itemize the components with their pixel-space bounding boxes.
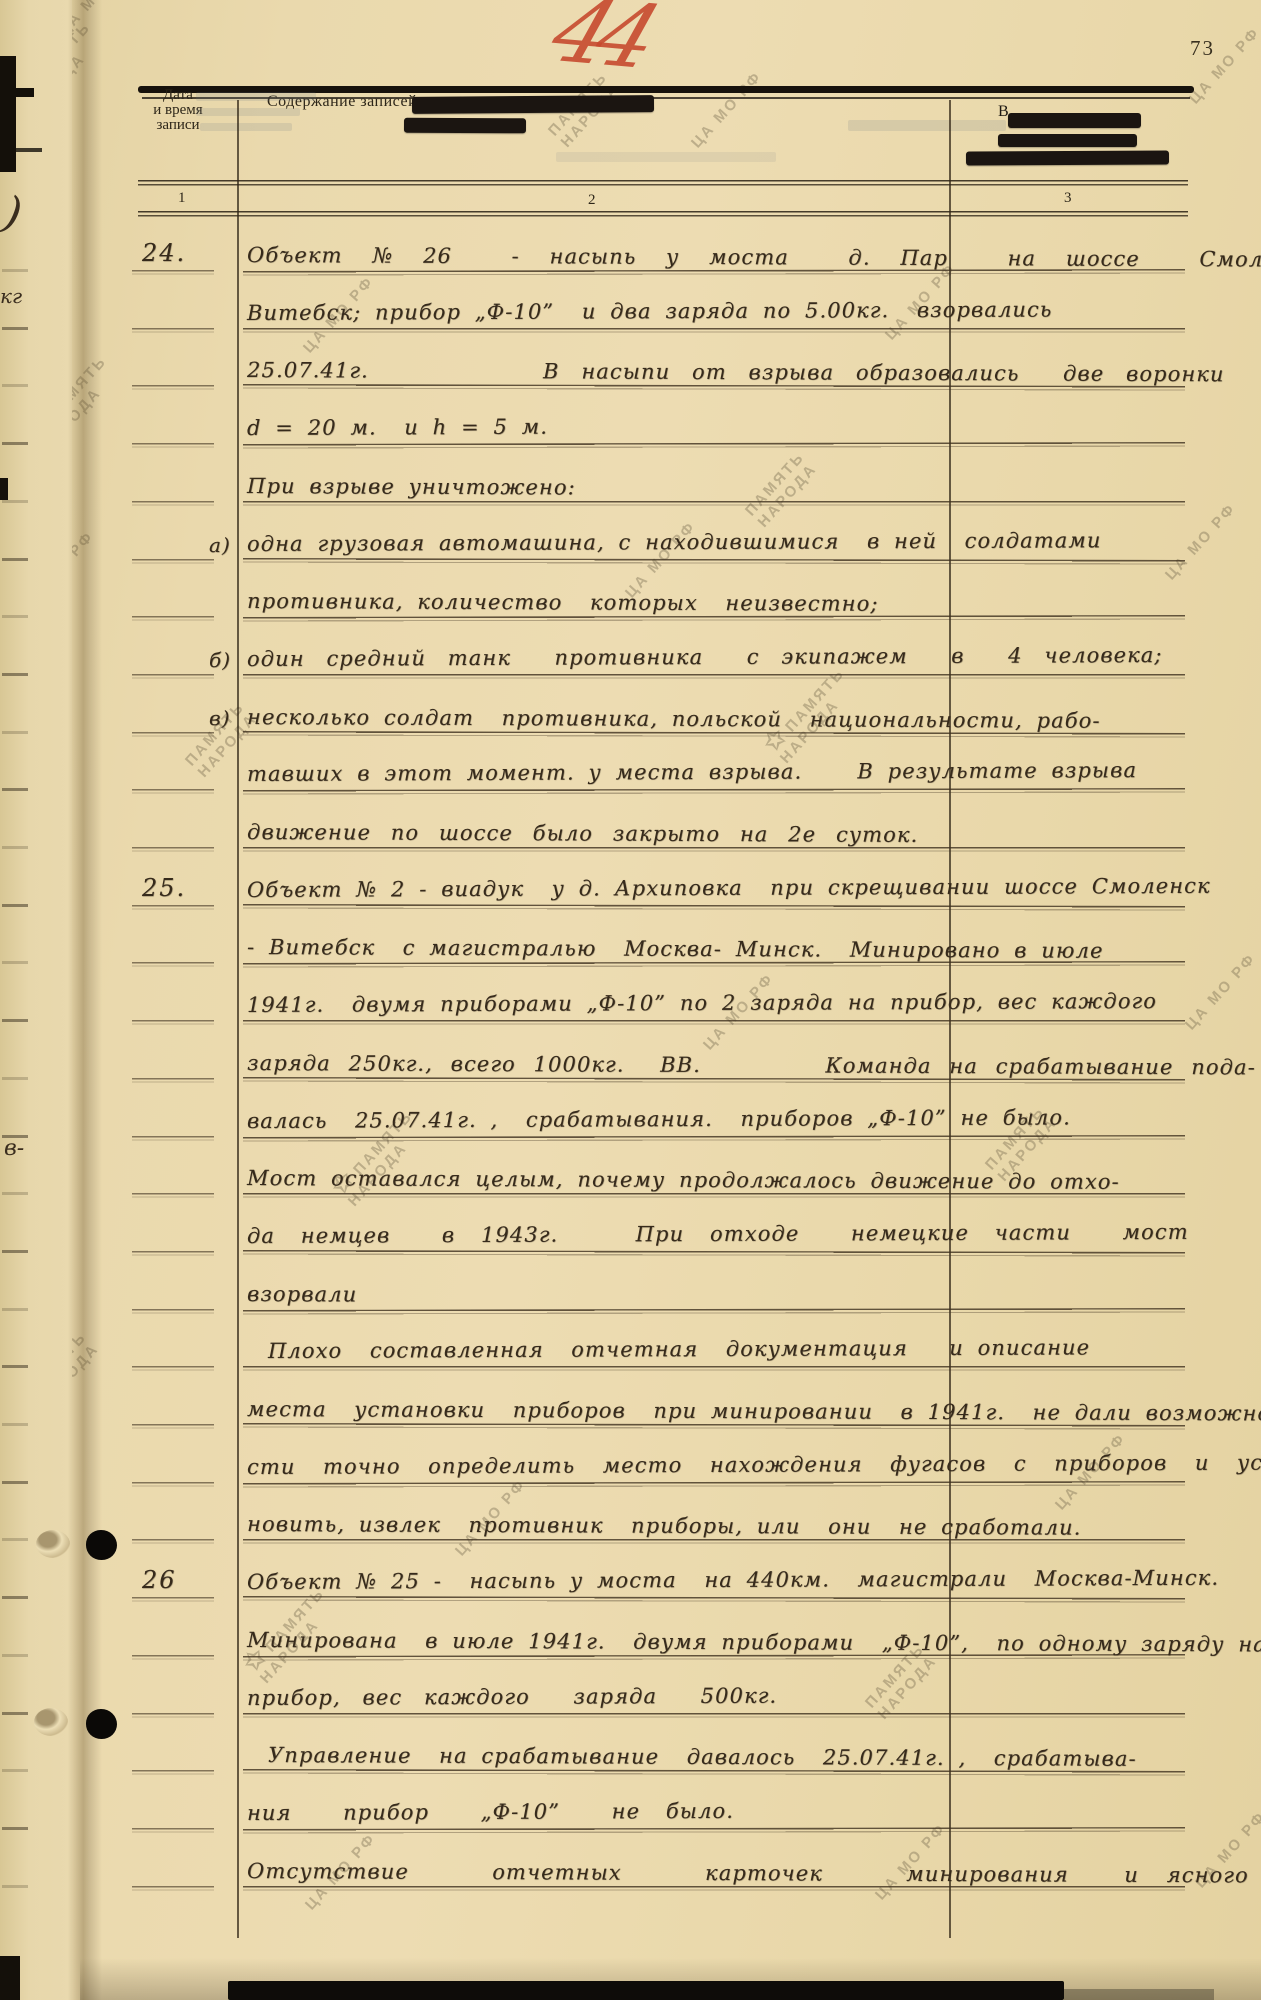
entry-line-text: тавших в этот момент. у места взрыва. В …: [247, 755, 1137, 789]
ruled-line: [243, 904, 1185, 912]
entry-line-text: Объект № 2 - виадук у д. Архиповка при с…: [247, 871, 1211, 905]
entry-line-text: ния прибор „Ф-10” не было.: [247, 1796, 734, 1828]
entry-line-text: одна грузовая автомашина, с находившимис…: [247, 525, 1102, 559]
entry-number: 25.: [142, 873, 186, 903]
faded-stamp-bar: [200, 123, 292, 131]
ruled-line-stub: [132, 905, 214, 911]
column-number-2: 2: [588, 192, 596, 209]
entry-line-text: прибор, вес каждого заряда 500кг.: [247, 1681, 777, 1713]
ruled-line-stub: [132, 674, 214, 680]
ruled-line-stub: [132, 1713, 214, 1719]
entry-line-text: 1941г. двумя приборами „Ф-10” по 2 заряд…: [247, 986, 1157, 1020]
ruled-line-stub: [132, 616, 214, 622]
ruled-line-stub: [132, 1597, 214, 1603]
entry-line-text: взорвали: [247, 1279, 357, 1309]
entry-line-text: Объект № 25 - насыпь у моста на 440км. м…: [247, 1563, 1219, 1597]
page-number: 73: [1190, 36, 1215, 61]
entry-line-text: несколько солдат противника, польской на…: [247, 702, 1101, 736]
punch-hole: [86, 1530, 117, 1560]
entry-line-text: Витебск; прибор „Ф-10” и два заряда по 5…: [247, 294, 1053, 328]
entry-line-text: Объект № 26 - насыпь у моста д. Пар на ш…: [247, 240, 1261, 275]
ruled-line: [243, 1596, 1185, 1604]
ruled-line: [243, 1481, 1185, 1489]
margin-fragment: в-: [4, 1136, 24, 1161]
ruled-line-stub: [132, 1770, 214, 1776]
ruled-line: [243, 328, 1185, 334]
header-separator: [138, 211, 1188, 217]
ruled-line-stub: [132, 1136, 214, 1142]
scanned-journal-page: ЦА МО РФ✩ ПАМЯТЬ НАРОДАЦА МО РФЦА МО РФП…: [0, 0, 1261, 2000]
bottom-scan-band-faint: [1064, 1989, 1214, 2000]
faded-stamp-bar: [848, 120, 1006, 131]
ruled-line: [243, 501, 1185, 507]
ruled-line-stub: [132, 1482, 214, 1488]
redaction-bar: [404, 118, 526, 134]
entry-number: 24.: [142, 238, 186, 268]
ruled-line: [243, 1713, 1185, 1719]
faded-stamp-bar: [196, 108, 300, 116]
entry-line-text: - Витебск с магистралью Москва- Минск. М…: [247, 932, 1104, 966]
ruled-line-stub: [132, 1193, 214, 1199]
margin-fragment: кг: [0, 284, 22, 308]
ruled-line-stub: [132, 501, 214, 507]
ruled-line-stub: [132, 1886, 214, 1892]
entry-line-text: d = 20 м. и h = 5 м.: [247, 412, 548, 443]
sheet-number-handwritten: 44: [539, 0, 660, 87]
ruled-line-stub: [132, 385, 214, 391]
ruled-line-stub: [132, 443, 214, 449]
ruled-line: [243, 674, 1185, 680]
entry-line-text: один средний танк противника с экипажем …: [247, 640, 1163, 674]
entry-line-text: 25.07.41г. В насыпи от взрыва образовали…: [247, 355, 1225, 389]
embossed-hole-mark: [34, 1708, 68, 1736]
ruled-line-stub: [132, 847, 214, 853]
item-marker: а): [209, 530, 231, 560]
margin-rule-mark: [0, 148, 42, 152]
ruled-line-stub: [132, 1366, 214, 1372]
ruled-line-stub: [132, 1539, 214, 1545]
entry-line-text: Минирована в июле 1941г. двумя приборами…: [247, 1625, 1261, 1659]
binding-shadow-bottom: [0, 1956, 20, 2000]
column-number-3: 3: [1064, 190, 1072, 207]
ruled-line-stub: [132, 1828, 214, 1834]
entry-line-text: Отсутствие отчетных карточек минирования…: [247, 1856, 1249, 1890]
binding-rule-stub: [0, 88, 34, 97]
ruled-line-stub: [132, 1424, 214, 1430]
bottom-scan-band: [228, 1981, 1064, 2000]
ruled-line-stub: [132, 1251, 214, 1257]
faded-stamp-bar: [196, 92, 316, 101]
entry-line-text: да немцев в 1943г. При отходе немецкие ч…: [247, 1217, 1189, 1251]
entry-line-text: Управление на срабатывание давалось 25.0…: [268, 1740, 1137, 1774]
header-separator: [138, 180, 1188, 186]
column-divider-1: [237, 100, 239, 1938]
ruled-line-stub: [132, 1078, 214, 1084]
item-marker: в): [209, 703, 231, 733]
item-marker: б): [209, 645, 231, 675]
ruled-line-stub: [132, 1655, 214, 1661]
archive-watermark: ЦА МО РФ: [1182, 950, 1259, 1033]
ruled-line-stub: [132, 270, 214, 276]
binding-shadow-top: [0, 56, 16, 172]
ruled-line: [243, 1250, 1185, 1258]
archive-watermark: ЦА МО РФ: [1162, 500, 1239, 583]
redaction-bar: [412, 95, 654, 114]
ruled-line-stub: [132, 962, 214, 968]
entry-line-text: места установки приборов при минировании…: [247, 1394, 1261, 1429]
ruled-line-stub: [132, 1020, 214, 1026]
entry-line-text: При взрыве уничтожено:: [247, 471, 576, 502]
faded-stamp-bar: [556, 152, 776, 162]
ruled-line-stub: [132, 789, 214, 795]
ruled-line: [243, 1827, 1185, 1835]
entry-line-text: сти точно определить место нахождения фу…: [247, 1447, 1261, 1482]
archive-watermark: ПАМЯТЬ НАРОДА: [742, 449, 821, 531]
entry-line-text: движение по шоссе было закрыто на 2е сут…: [247, 817, 918, 850]
punch-hole: [86, 1709, 117, 1739]
entry-line-text: новить, извлек противник приборы, или он…: [247, 1509, 1081, 1543]
ruled-line: [243, 1366, 1185, 1372]
binding-shadow-mid: [0, 478, 8, 500]
ruled-line: [243, 788, 1185, 796]
entry-number: 26: [142, 1565, 177, 1595]
ruled-line: [243, 442, 1185, 450]
entry-line-text: Мост оставался целым, почему продолжалос…: [247, 1163, 1120, 1197]
entry-line-text: Плохо составленная отчетная документация…: [268, 1332, 1090, 1366]
ruled-line: [243, 1308, 1185, 1316]
binding-crease: [68, 0, 102, 2000]
redaction-bar: [998, 134, 1137, 147]
entry-line-text: валась 25.07.41г. , срабатывания. прибор…: [247, 1102, 1071, 1136]
entry-line-text: заряда 250кг., всего 1000кг. ВВ. Команда…: [247, 1048, 1256, 1082]
entry-line-text: противника, количество которых неизвестн…: [247, 586, 879, 619]
embossed-hole-mark: [36, 1530, 70, 1558]
ruled-line-stub: [132, 559, 214, 565]
redaction-bar: [1008, 113, 1141, 128]
ruled-line-stub: [132, 328, 214, 334]
ruled-line-stub: [132, 1309, 214, 1315]
redaction-bar: [966, 150, 1169, 165]
archive-watermark: ЦА МО РФ: [688, 68, 765, 151]
column-number-1: 1: [178, 190, 186, 207]
ruled-line: [243, 558, 1185, 566]
